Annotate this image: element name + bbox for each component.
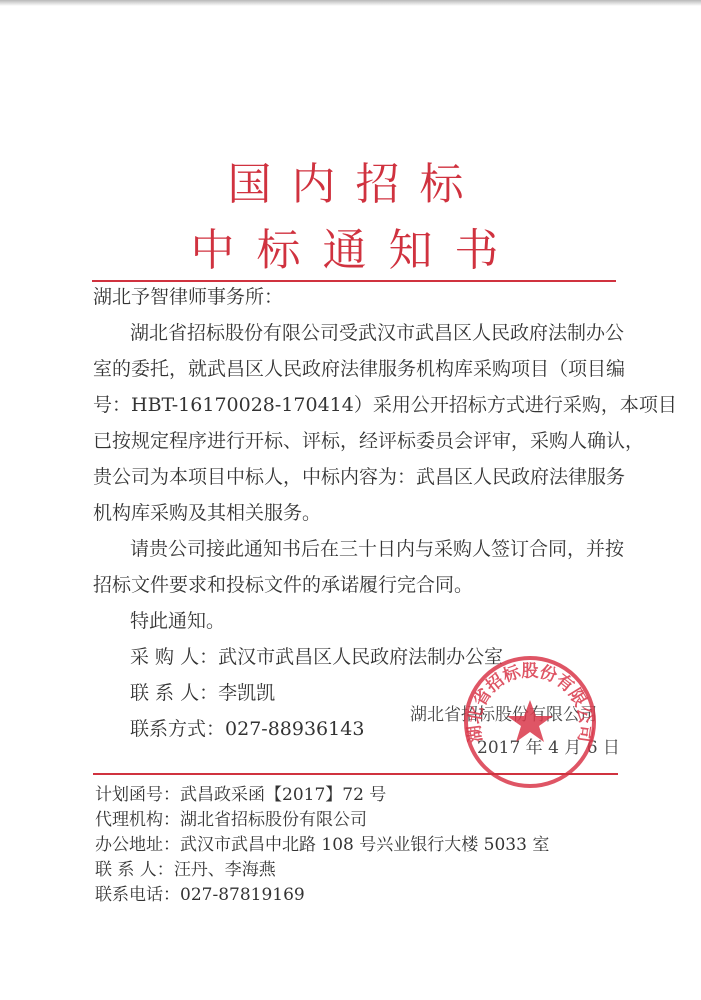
paragraph-line: 室的委托，就武昌区人民政府法律服务机构库采购项目（项目编 — [93, 360, 625, 379]
agency-phone-value: 027-87819169 — [180, 885, 305, 905]
agency-phone-label: 联系电话： — [95, 885, 180, 905]
agency-contact-label: 联 系 人： — [95, 860, 174, 880]
purchaser-row: 采 购 人：武汉市武昌区人民政府法制办公室 — [130, 648, 503, 667]
company-seal-icon: 湖北省招标股份有限公司 — [462, 654, 598, 790]
paragraph-line: 机构库采购及其相关服务。 — [93, 504, 321, 523]
footer-divider — [93, 773, 618, 775]
agency-row: 代理机构：湖北省招标股份有限公司 — [95, 812, 367, 829]
agency-label: 代理机构： — [95, 810, 180, 830]
document-title-line2: 中标通知书 — [0, 229, 701, 273]
agency-phone-row: 联系电话：027-87819169 — [95, 887, 305, 904]
plan-value: 武昌政采函【2017】72 号 — [180, 785, 386, 805]
document-title-line1: 国内招标 — [0, 163, 701, 207]
purchaser-phone-row: 联系方式：027-88936143 — [130, 720, 364, 739]
paragraph-line: 请贵公司接此通知书后在三十日内与采购人签订合同，并按 — [130, 540, 624, 559]
paragraph-line: 号：HBT-16170028-170414）采用公开招标方式进行采购，本项目 — [93, 396, 677, 415]
plan-label: 计划函号： — [95, 785, 180, 805]
phone-value: 027-88936143 — [225, 718, 364, 740]
purchaser-label: 采 购 人： — [130, 646, 218, 668]
contact-value: 李凯凯 — [218, 682, 275, 704]
contact-label: 联 系 人： — [130, 682, 218, 704]
addressee: 湖北予智律师事务所： — [93, 288, 283, 307]
purchaser-contact-row: 联 系 人：李凯凯 — [130, 684, 275, 703]
agency-value: 湖北省招标股份有限公司 — [180, 810, 367, 830]
paragraph-line: 湖北省招标股份有限公司受武汉市武昌区人民政府法制办公 — [130, 324, 624, 343]
agency-contact-row: 联 系 人：汪丹、李海燕 — [95, 862, 276, 879]
plan-number-row: 计划函号：武昌政采函【2017】72 号 — [95, 787, 386, 804]
address-value: 武汉市武昌中北路 108 号兴业银行大楼 5033 室 — [180, 835, 549, 855]
address-row: 办公地址：武汉市武昌中北路 108 号兴业银行大楼 5033 室 — [95, 837, 549, 854]
header-divider — [92, 280, 616, 282]
paragraph-line: 已按规定程序进行开标、评标，经评标委员会评审，采购人确认， — [93, 432, 644, 451]
purchaser-value: 武汉市武昌区人民政府法制办公室 — [218, 646, 503, 668]
scan-edge-shadow — [0, 0, 701, 6]
address-label: 办公地址： — [95, 835, 180, 855]
agency-contact-value: 汪丹、李海燕 — [174, 860, 276, 880]
paragraph-line: 招标文件要求和投标文件的承诺履行完合同。 — [93, 576, 473, 595]
paragraph-line: 贵公司为本项目中标人，中标内容为：武昌区人民政府法律服务 — [93, 468, 625, 487]
phone-label: 联系方式： — [130, 718, 225, 740]
closing-text: 特此通知。 — [130, 612, 225, 631]
